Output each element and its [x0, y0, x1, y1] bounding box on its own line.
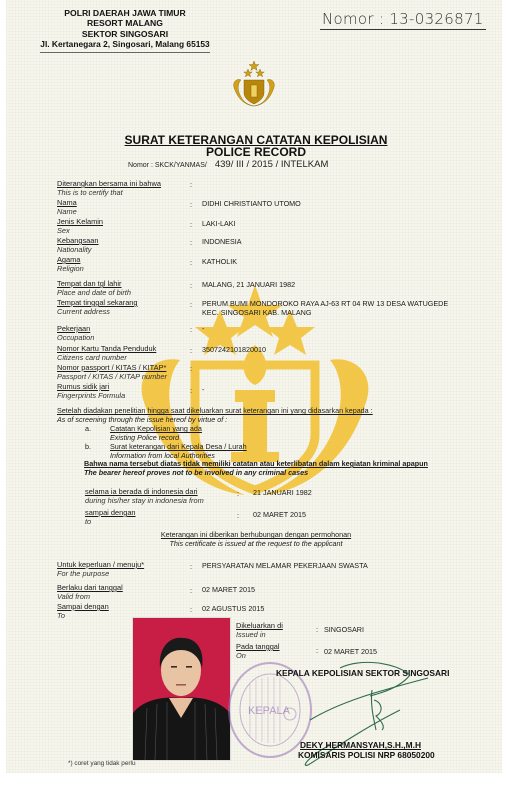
field-label-fingerprint: Rumus sidik jariFingerprints Formula [57, 383, 125, 400]
field-label-occupation: PekerjaanOccupation [57, 325, 94, 342]
clearance-statement: Bahwa nama tersebut diatas tidak memilik… [84, 460, 428, 477]
header-line: RESORT MALANG [30, 18, 220, 28]
header-line: POLRI DAERAH JAWA TIMUR [30, 8, 220, 18]
footnote: *) coret yang tidak perlu [68, 760, 136, 767]
screening-item-a-text: Catatan Kepolisian yang ada Existing Pol… [110, 425, 202, 442]
issuing-office-header: POLRI DAERAH JAWA TIMUR RESORT MALANG SE… [30, 8, 220, 53]
signatory-rank: KOMISARIS POLISI NRP 68050200 [298, 750, 435, 760]
stay-from-value: 21 JANUARI 1982 [253, 489, 312, 498]
valid-to-value: 02 AGUSTUS 2015 [202, 605, 264, 614]
header-address: Jl. Kertanegara 2, Singosari, Malang 651… [40, 39, 209, 52]
screening-item-a: a. [85, 425, 91, 434]
document-number-value: 439/ III / 2015 / INTELKAM [215, 159, 329, 170]
certify-label: Diterangkan bersama ini bahwa This is to… [57, 180, 161, 197]
field-value-birth: MALANG, 21 JANUARI 1982 [202, 281, 295, 290]
screening-item-b-text: Surat keterangan dari Kepala Desa / Lura… [110, 443, 247, 460]
field-label-birth: Tempat dan tgl lahirPlace and date of bi… [57, 280, 131, 297]
police-emblem-icon [227, 60, 281, 110]
field-value-fingerprint: - [202, 386, 204, 395]
field-label-passport: Nomor passport / KITAS / KITAP*Passport … [57, 364, 167, 381]
header-line: SEKTOR SINGOSARI [30, 29, 220, 39]
stay-from-label: selama ia berada di indonesia dariduring… [85, 488, 204, 505]
field-label-name: NamaName [57, 199, 77, 216]
screening-section: Setelah diadakan penelitian hingga saat … [57, 407, 373, 424]
stay-to-value: 02 MARET 2015 [253, 511, 306, 520]
field-label-nationality: KebangsaanNationality [57, 237, 99, 254]
field-label-religion: AgamaReligion [57, 256, 84, 273]
stay-to-label: sampai denganto [85, 509, 136, 526]
field-label-address: Tempat tinggal sekarangCurrent address [57, 299, 138, 316]
purpose-value: PERSYARATAN MELAMAR PEKERJAAN SWASTA [202, 562, 368, 571]
field-value-occupation: - [202, 325, 204, 334]
field-label-id-card: Nomor Kartu Tanda PendudukCitizens card … [57, 345, 156, 362]
applicant-photo [133, 618, 230, 760]
field-label-sex: Jenis KelaminSex [57, 218, 103, 235]
document-number-prefix: Nomor : SKCK/YANMAS/ [128, 162, 207, 169]
purpose-label: Untuk keperluan / menuju*For the purpose [57, 561, 144, 578]
document-number: Nomor : SKCK/YANMAS/439/ III / 2015 / IN… [128, 159, 328, 170]
valid-to-label: Sampai denganTo [57, 603, 109, 620]
field-value-id-card: 3507242101820010 [202, 346, 266, 355]
field-value-address: PERUM BUMI MONDOROKO RAYA AJ-63 RT 04 RW… [202, 300, 448, 318]
screening-item-b: b. [85, 443, 91, 452]
issued-on-label: Pada tanggalOn [236, 643, 280, 660]
signatory-name: DEKY HERMANSYAH,S.H.,M.H [300, 740, 421, 750]
person-portrait-icon [133, 618, 230, 760]
valid-from-label: Berlaku dari tanggalValid from [57, 584, 123, 601]
valid-from-value: 02 MARET 2015 [202, 586, 255, 595]
issued-on-value: 02 MARET 2015 [324, 648, 377, 657]
issued-in-label: Dikeluarkan diIssued in [236, 622, 283, 639]
field-value-religion: KATHOLIK [202, 258, 237, 267]
document-subtitle: POLICE RECORD [0, 145, 512, 159]
field-value-name: DIDHI CHRISTIANTO UTOMO [202, 200, 301, 209]
issued-in-value: SINGOSARI [324, 626, 364, 635]
field-value-sex: LAKI-LAKI [202, 220, 236, 229]
request-note: Keterangan ini diberikan berhubungan den… [0, 531, 512, 548]
serial-number: Nomor : 13-0326871 [320, 10, 486, 30]
field-value-nationality: INDONESIA [202, 238, 242, 247]
colon: : [190, 180, 192, 189]
